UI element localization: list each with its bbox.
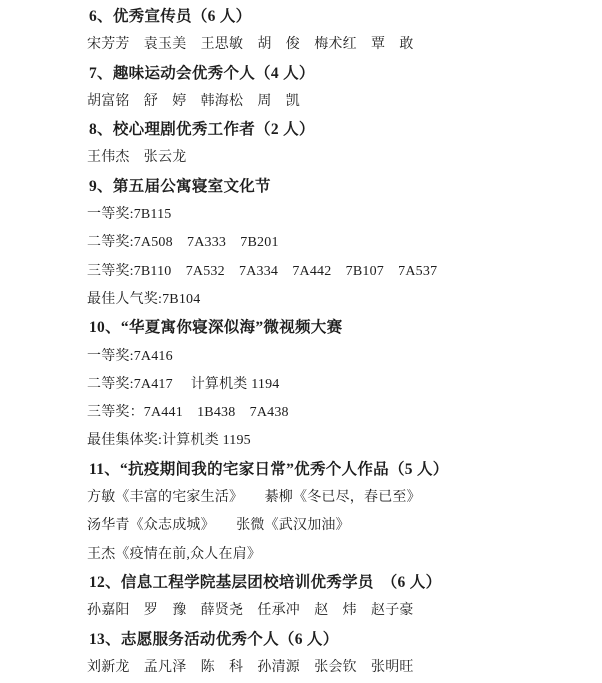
section-12-names: 孙嘉阳 罗 豫 薛贤尧 任承冲 赵 炜 赵子豪	[0, 597, 602, 625]
section-11-works-line-3: 王杰《疫情在前,众人在肩》	[0, 541, 602, 569]
section-11-works-line-2: 汤华青《众志成城》 张微《武汉加油》	[0, 512, 602, 540]
section-10-best-collective: 最佳集体奖:计算机类 1195	[0, 427, 602, 455]
section-10-second-prize: 二等奖:7A417 计算机类 1194	[0, 371, 602, 399]
section-13-names: 刘新龙 孟凡泽 陈 科 孙清源 张会钦 张明旺	[0, 654, 602, 682]
section-13-heading: 13、志愿服务活动优秀个人（6 人）	[0, 626, 602, 654]
section-9-third-prize: 三等奖:7B110 7A532 7A334 7A442 7B107 7A537	[0, 258, 602, 286]
section-9-popularity-award: 最佳人气奖:7B104	[0, 286, 602, 314]
section-10-third-prize: 三等奖：7A441 1B438 7A438	[0, 399, 602, 427]
section-9-first-prize: 一等奖:7B115	[0, 201, 602, 229]
section-10-first-prize: 一等奖:7A416	[0, 343, 602, 371]
section-9-second-prize: 二等奖:7A508 7A333 7B201	[0, 229, 602, 257]
section-6-names: 宋芳芳 袁玉美 王思敏 胡 俊 梅术红 覃 敢	[0, 31, 602, 59]
document-page: 6、优秀宣传员（6 人） 宋芳芳 袁玉美 王思敏 胡 俊 梅术红 覃 敢 7、趣…	[0, 0, 602, 683]
section-9-heading: 9、第五届公寓寝室文化节	[0, 173, 602, 201]
section-11-heading: 11、“抗疫期间我的宅家日常”优秀个人作品（5 人）	[0, 456, 602, 484]
section-11-works-line-1: 方敏《丰富的宅家生活》 綦柳《冬已尽，春已至》	[0, 484, 602, 512]
section-12-heading: 12、信息工程学院基层团校培训优秀学员 （6 人）	[0, 569, 602, 597]
section-7-names: 胡富铭 舒 婷 韩海松 周 凯	[0, 88, 602, 116]
section-8-heading: 8、校心理剧优秀工作者（2 人）	[0, 116, 602, 144]
section-7-heading: 7、趣味运动会优秀个人（4 人）	[0, 60, 602, 88]
section-8-names: 王伟杰 张云龙	[0, 144, 602, 172]
section-6-heading: 6、优秀宣传员（6 人）	[0, 3, 602, 31]
section-10-heading: 10、“华夏寓你寝深似海”微视频大赛	[0, 314, 602, 342]
